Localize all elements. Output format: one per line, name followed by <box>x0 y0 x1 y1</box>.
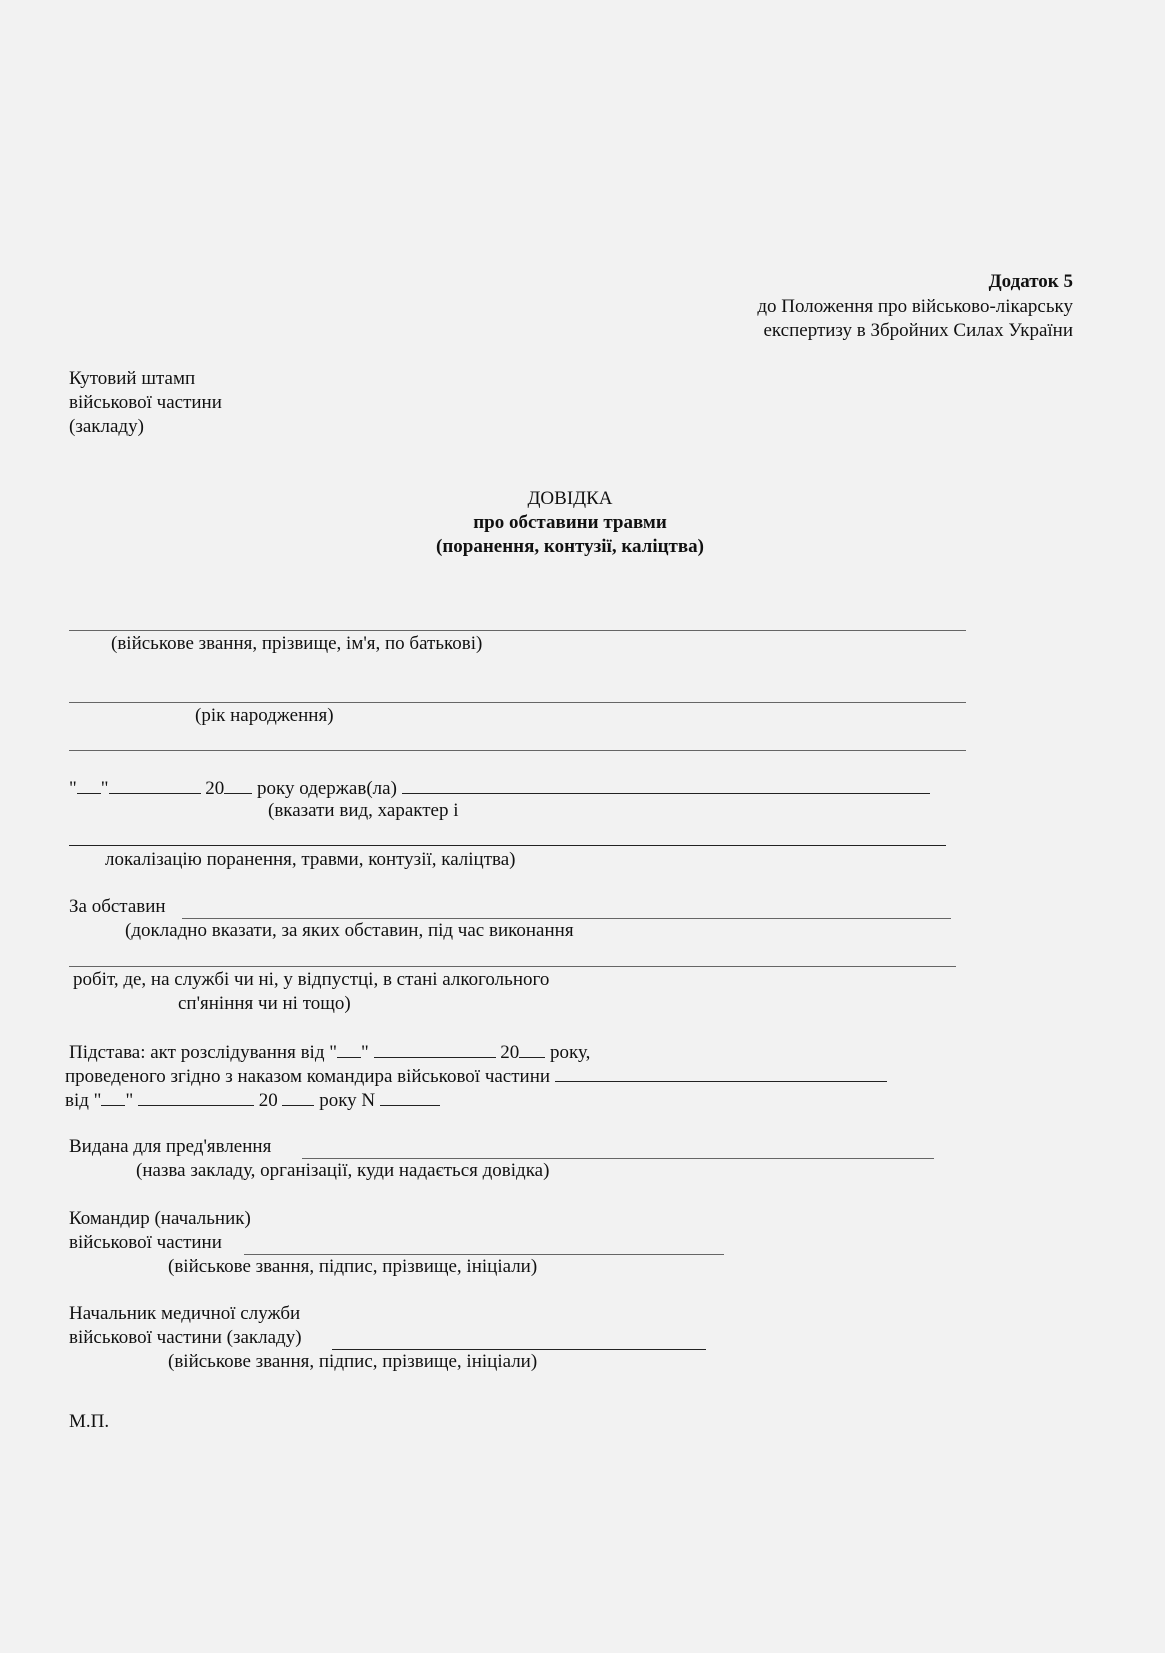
name-caption: (військове звання, прізвище, ім'я, по ба… <box>111 632 482 656</box>
circumstances-caption-2: робіт, де, на службі чи ні, у відпустці,… <box>73 968 549 992</box>
circumstances-caption-3: сп'яніння чи ні тощо) <box>178 992 351 1016</box>
order-quote-close: " <box>125 1090 133 1111</box>
stamp-line-3: (закладу) <box>69 415 144 439</box>
extra-field-line[interactable] <box>69 750 966 751</box>
basis-year-suffix: року, <box>550 1042 590 1063</box>
basis-year-blank[interactable] <box>519 1039 545 1058</box>
issued-label: Видана для пред'явлення <box>69 1135 271 1159</box>
basis-line-3: від "" 20 року N <box>65 1087 440 1113</box>
document-subtitle-2: (поранення, контузії, каліцтва) <box>370 535 770 559</box>
name-field-line[interactable] <box>69 630 966 631</box>
order-month-blank[interactable] <box>138 1087 254 1106</box>
basis-month-blank[interactable] <box>374 1039 496 1058</box>
injury-caption-1: (вказати вид, характер і <box>268 799 459 823</box>
year-prefix: 20 <box>205 778 224 799</box>
annex-line-1: до Положення про військово-лікарську <box>757 295 1073 319</box>
basis-line-1: Підстава: акт розслідування від "" 20 ро… <box>69 1039 590 1065</box>
stamp-line-2: військової частини <box>69 391 222 415</box>
injury-date-row: "" 20 року одержав(ла) <box>69 775 930 801</box>
basis-act-label: Підстава: акт розслідування від " <box>69 1042 337 1063</box>
commander-line-2: військової частини <box>69 1231 222 1255</box>
circumstances-label: За обставин <box>69 895 166 919</box>
commander-line-1: Командир (начальник) <box>69 1207 251 1231</box>
injury-type-blank[interactable] <box>402 775 930 794</box>
basis-line-2: проведеного згідно з наказом командира в… <box>65 1063 887 1089</box>
basis-year-prefix: 20 <box>500 1042 519 1063</box>
birth-year-field-line[interactable] <box>69 702 966 703</box>
day-blank[interactable] <box>77 775 101 794</box>
basis-order-label: проведеного згідно з наказом командира в… <box>65 1066 550 1087</box>
basis-quote-close: " <box>361 1042 369 1063</box>
medical-chief-caption: (військове звання, підпис, прізвище, іні… <box>168 1350 537 1374</box>
annex-title: Додаток 5 <box>989 270 1073 294</box>
order-day-blank[interactable] <box>101 1087 125 1106</box>
annex-line-2: експертизу в Збройних Силах України <box>763 319 1073 343</box>
circumstances-caption-1: (докладно вказати, за яких обставин, під… <box>125 919 574 943</box>
commander-caption: (військове звання, підпис, прізвище, іні… <box>168 1255 537 1279</box>
circumstances-field-line-2[interactable] <box>69 966 956 967</box>
order-number-label: року N <box>319 1090 375 1111</box>
order-year-prefix: 20 <box>259 1090 278 1111</box>
medical-chief-line-1: Начальник медичної служби <box>69 1302 300 1326</box>
month-blank[interactable] <box>109 775 201 794</box>
order-date-label: від " <box>65 1090 101 1111</box>
order-year-blank[interactable] <box>282 1087 314 1106</box>
injury-caption-2: локалізацію поранення, травми, контузії,… <box>105 848 516 872</box>
quote-open: " <box>69 778 77 799</box>
quote-close: " <box>101 778 109 799</box>
year-blank[interactable] <box>224 775 252 794</box>
basis-day-blank[interactable] <box>337 1039 361 1058</box>
military-unit-blank[interactable] <box>555 1063 887 1082</box>
stamp-line-1: Кутовий штамп <box>69 367 195 391</box>
medical-chief-line-2: військової частини (закладу) <box>69 1326 302 1350</box>
received-label: року одержав(ла) <box>257 778 397 799</box>
injury-location-line[interactable] <box>69 845 946 846</box>
seal-mark: М.П. <box>69 1410 109 1434</box>
order-number-blank[interactable] <box>380 1087 440 1106</box>
issued-caption: (назва закладу, організації, куди надаєт… <box>136 1159 549 1183</box>
document-subtitle-1: про обставини травми <box>370 511 770 535</box>
document-title: ДОВІДКА <box>370 487 770 511</box>
birth-year-caption: (рік народження) <box>195 704 334 728</box>
